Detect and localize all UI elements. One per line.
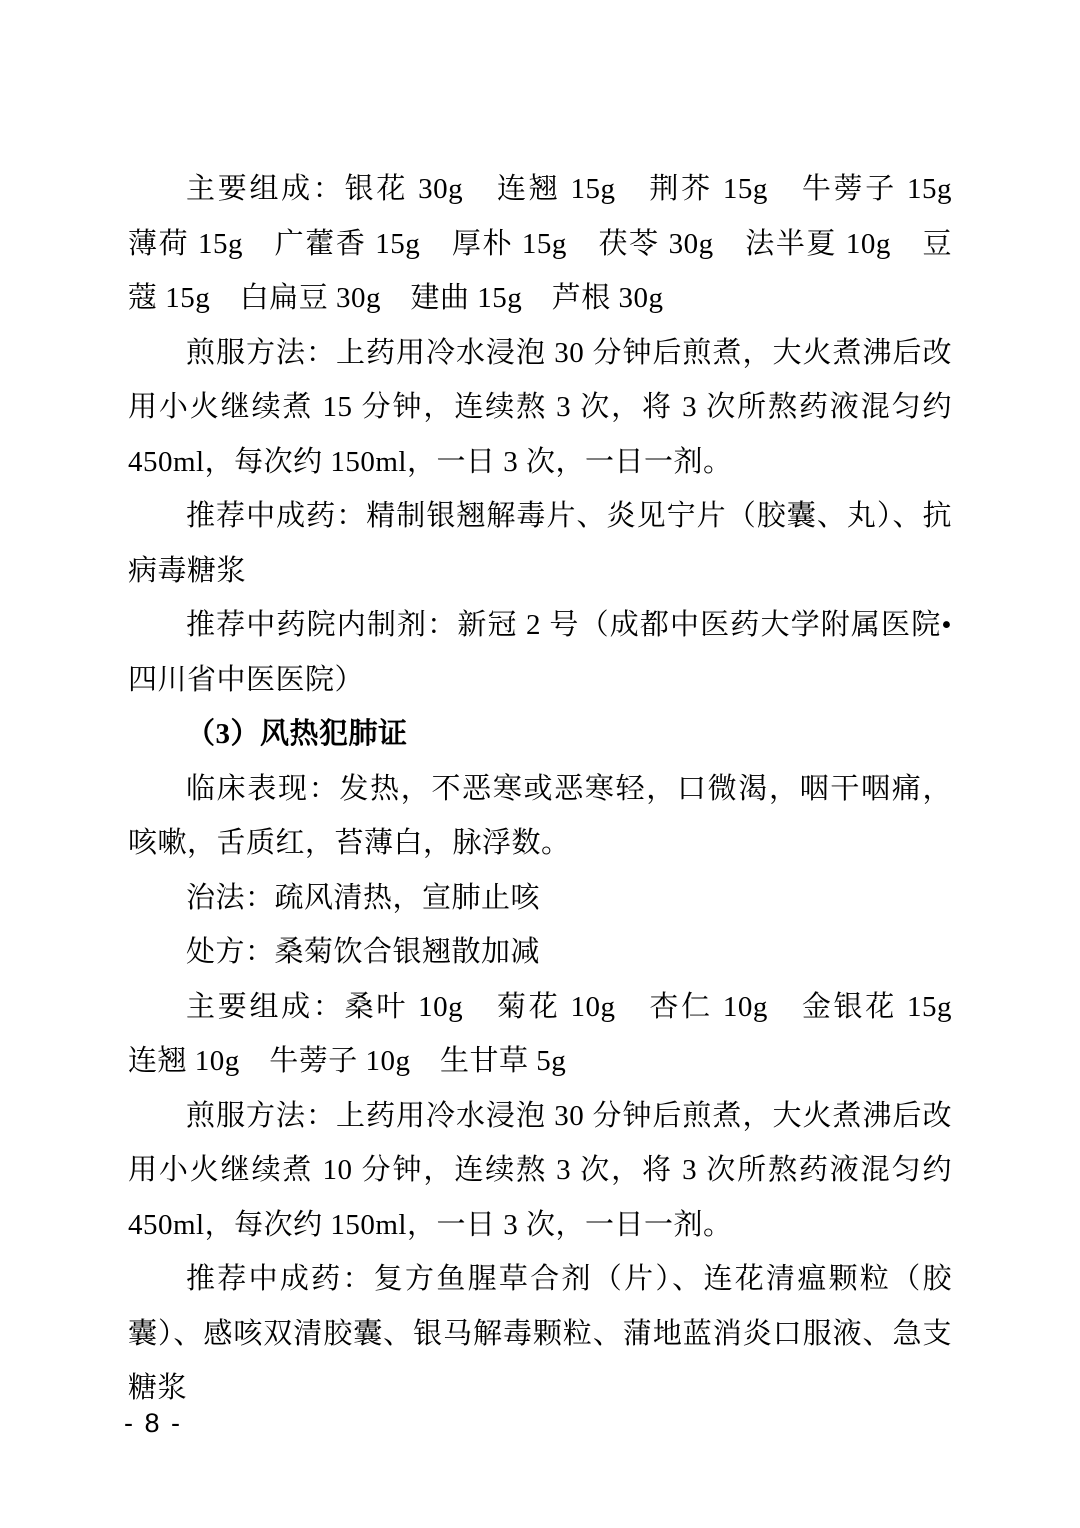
document-body: 主要组成：银花 30g 连翘 15g 荆芥 15g 牛蒡子 15g 薄荷 15g… bbox=[128, 162, 952, 1416]
paragraph-main-composition-1: 主要组成：银花 30g 连翘 15g 荆芥 15g 牛蒡子 15g 薄荷 15g… bbox=[128, 162, 952, 326]
paragraph-treatment-principle: 治法：疏风清热，宣肺止咳 bbox=[128, 871, 952, 926]
document-page: 主要组成：银花 30g 连翘 15g 荆芥 15g 牛蒡子 15g 薄荷 15g… bbox=[0, 0, 1080, 1528]
paragraph-recommended-hospital-preparation: 推荐中药院内制剂：新冠 2 号（成都中医药大学附属医院•四川省中医医院） bbox=[128, 598, 952, 707]
paragraph-recommended-patent-medicine-2: 推荐中成药：复方鱼腥草合剂（片）、连花清瘟颗粒（胶囊）、感咳双清胶囊、银马解毒颗… bbox=[128, 1252, 952, 1416]
section-heading-wind-heat-invading-lung: （3）风热犯肺证 bbox=[128, 707, 952, 762]
paragraph-main-composition-2: 主要组成：桑叶 10g 菊花 10g 杏仁 10g 金银花 15g 连翘 10g… bbox=[128, 980, 952, 1089]
page-number: - 8 - bbox=[124, 1408, 182, 1439]
paragraph-decoction-method-2: 煎服方法：上药用冷水浸泡 30 分钟后煎煮，大火煮沸后改用小火继续煮 10 分钟… bbox=[128, 1089, 952, 1253]
paragraph-clinical-manifestations: 临床表现：发热，不恶寒或恶寒轻，口微渴，咽干咽痛，咳嗽，舌质红，苔薄白，脉浮数。 bbox=[128, 762, 952, 871]
paragraph-prescription: 处方：桑菊饮合银翘散加减 bbox=[128, 925, 952, 980]
paragraph-decoction-method-1: 煎服方法：上药用冷水浸泡 30 分钟后煎煮，大火煮沸后改用小火继续煮 15 分钟… bbox=[128, 326, 952, 490]
paragraph-recommended-patent-medicine-1: 推荐中成药：精制银翘解毒片、炎见宁片（胶囊、丸）、抗病毒糖浆 bbox=[128, 489, 952, 598]
